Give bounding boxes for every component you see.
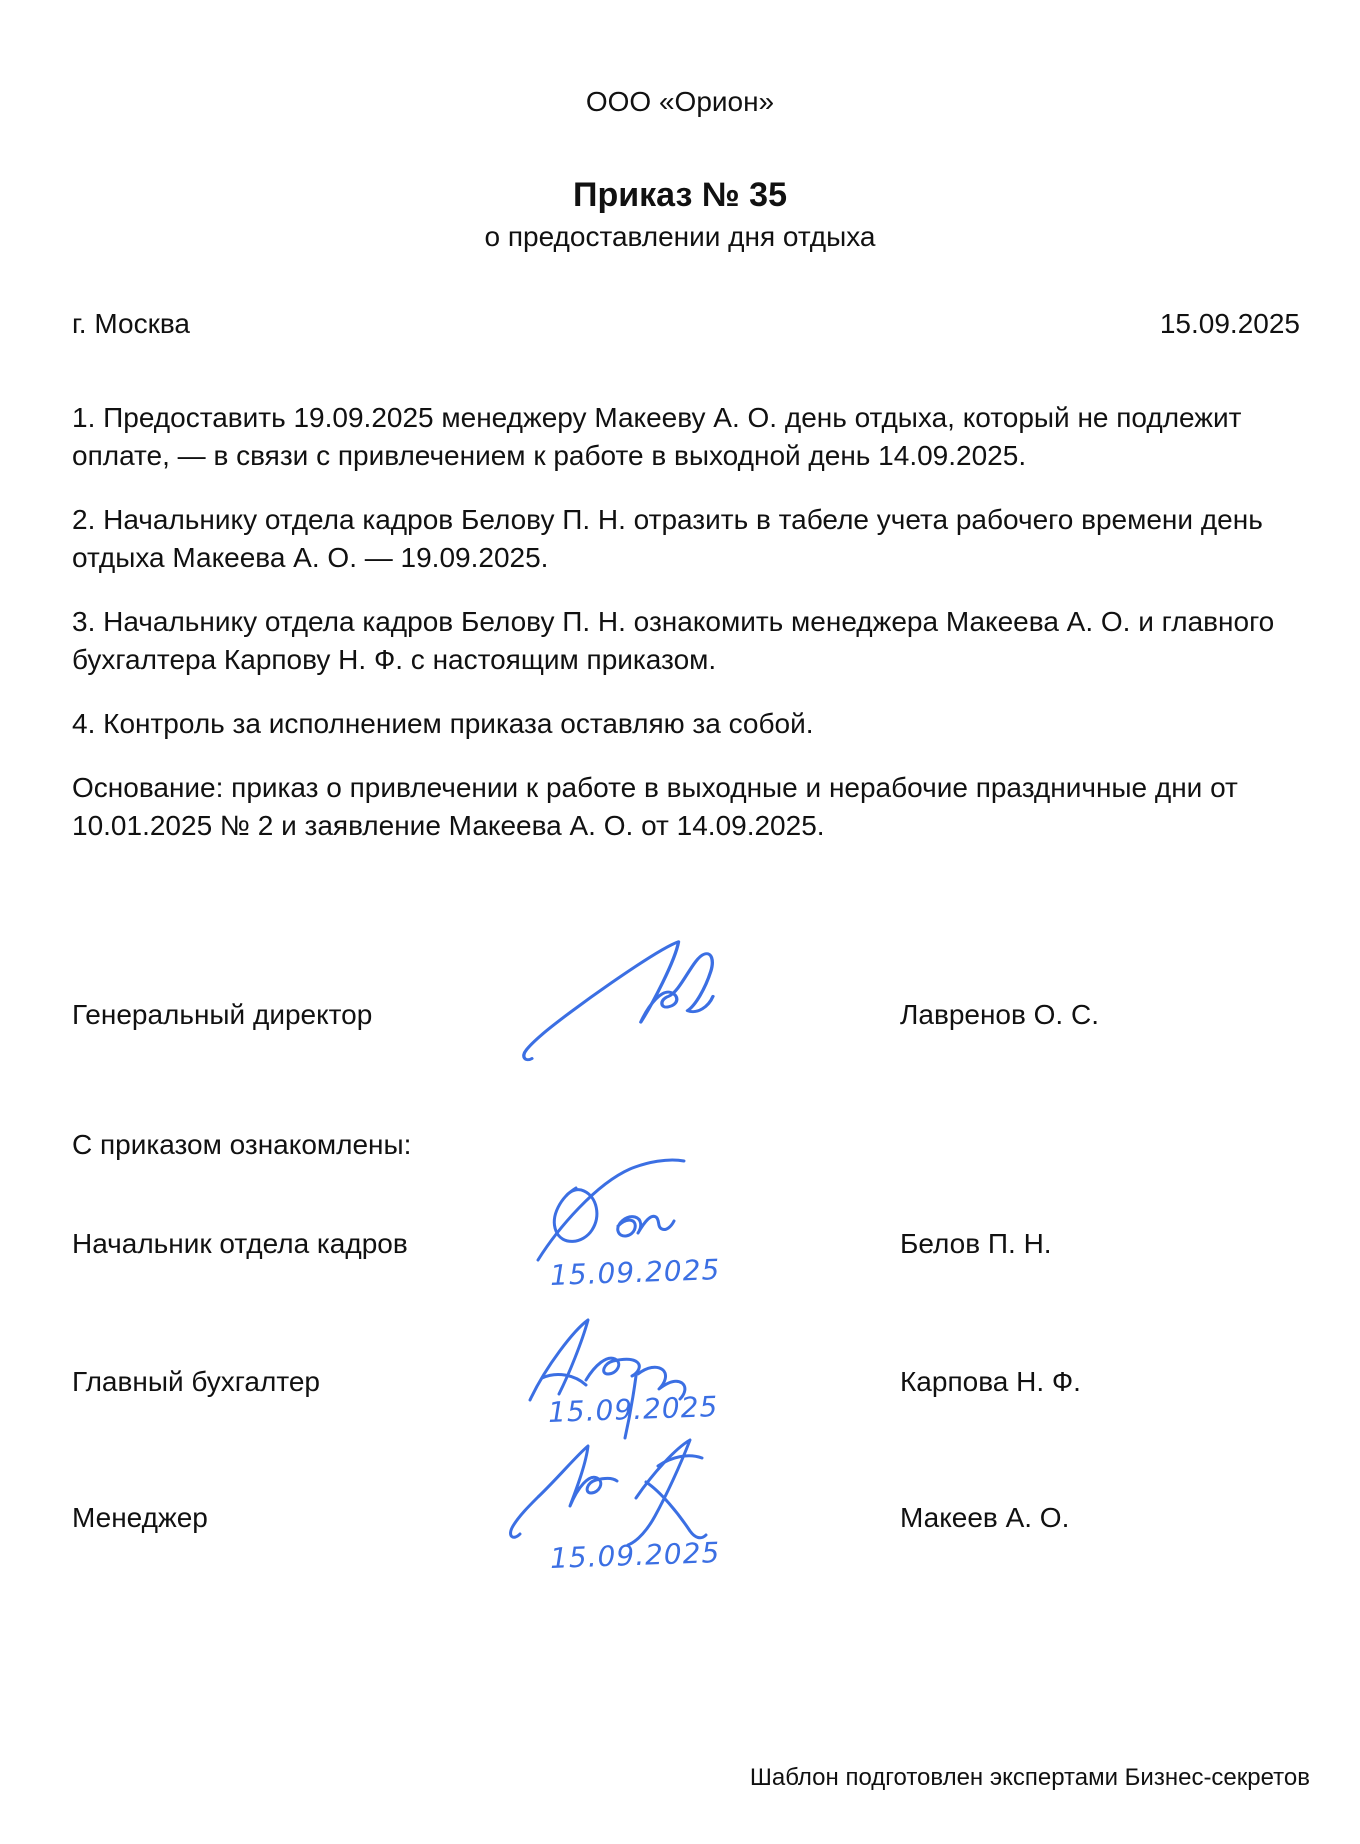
accountant-position-label: Главный бухгалтер bbox=[72, 1366, 320, 1398]
accountant-name: Карпова Н. Ф. bbox=[900, 1366, 1081, 1398]
company-name: ООО «Орион» bbox=[0, 86, 1360, 118]
director-position-label: Генеральный директор bbox=[72, 999, 372, 1031]
document-subtitle: о предоставлении дня отдыха bbox=[0, 221, 1360, 253]
hr-head-position-label: Начальник отдела кадров bbox=[72, 1228, 408, 1260]
document-date: 15.09.2025 bbox=[1160, 308, 1300, 340]
document-city: г. Москва bbox=[72, 308, 190, 340]
acknowledged-heading: С приказом ознакомлены: bbox=[72, 1129, 411, 1161]
manager-name: Макеев А. О. bbox=[900, 1502, 1069, 1534]
manager-signature-date: 15.09.2025 bbox=[549, 1536, 720, 1575]
accountant-signature-date: 15.09.2025 bbox=[547, 1390, 718, 1429]
director-signature-icon bbox=[523, 936, 723, 1070]
hr-head-signature-date: 15.09.2025 bbox=[549, 1253, 720, 1292]
order-item-1: 1. Предоставить 19.09.2025 менеджеру Мак… bbox=[72, 399, 1312, 475]
order-document-page: ООО «Орион» Приказ № 35 о предоставлении… bbox=[0, 0, 1360, 1844]
order-item-2: 2. Начальнику отдела кадров Белову П. Н.… bbox=[72, 501, 1312, 577]
manager-signature-icon bbox=[510, 1436, 735, 1551]
order-body: 1. Предоставить 19.09.2025 менеджеру Мак… bbox=[72, 399, 1312, 845]
director-name: Лавренов О. С. bbox=[900, 999, 1099, 1031]
order-basis: Основание: приказ о привлечении к работе… bbox=[72, 769, 1312, 845]
place-date-row: г. Москва 15.09.2025 bbox=[72, 308, 1300, 340]
order-item-4: 4. Контроль за исполнением приказа остав… bbox=[72, 705, 1312, 743]
manager-position-label: Менеджер bbox=[72, 1502, 208, 1534]
template-footer-note: Шаблон подготовлен экспертами Бизнес-сек… bbox=[0, 1764, 1310, 1792]
hr-head-signature-icon bbox=[530, 1156, 700, 1268]
hr-head-name: Белов П. Н. bbox=[900, 1228, 1052, 1260]
document-title: Приказ № 35 bbox=[0, 176, 1360, 215]
order-item-3: 3. Начальнику отдела кадров Белову П. Н.… bbox=[72, 603, 1312, 679]
